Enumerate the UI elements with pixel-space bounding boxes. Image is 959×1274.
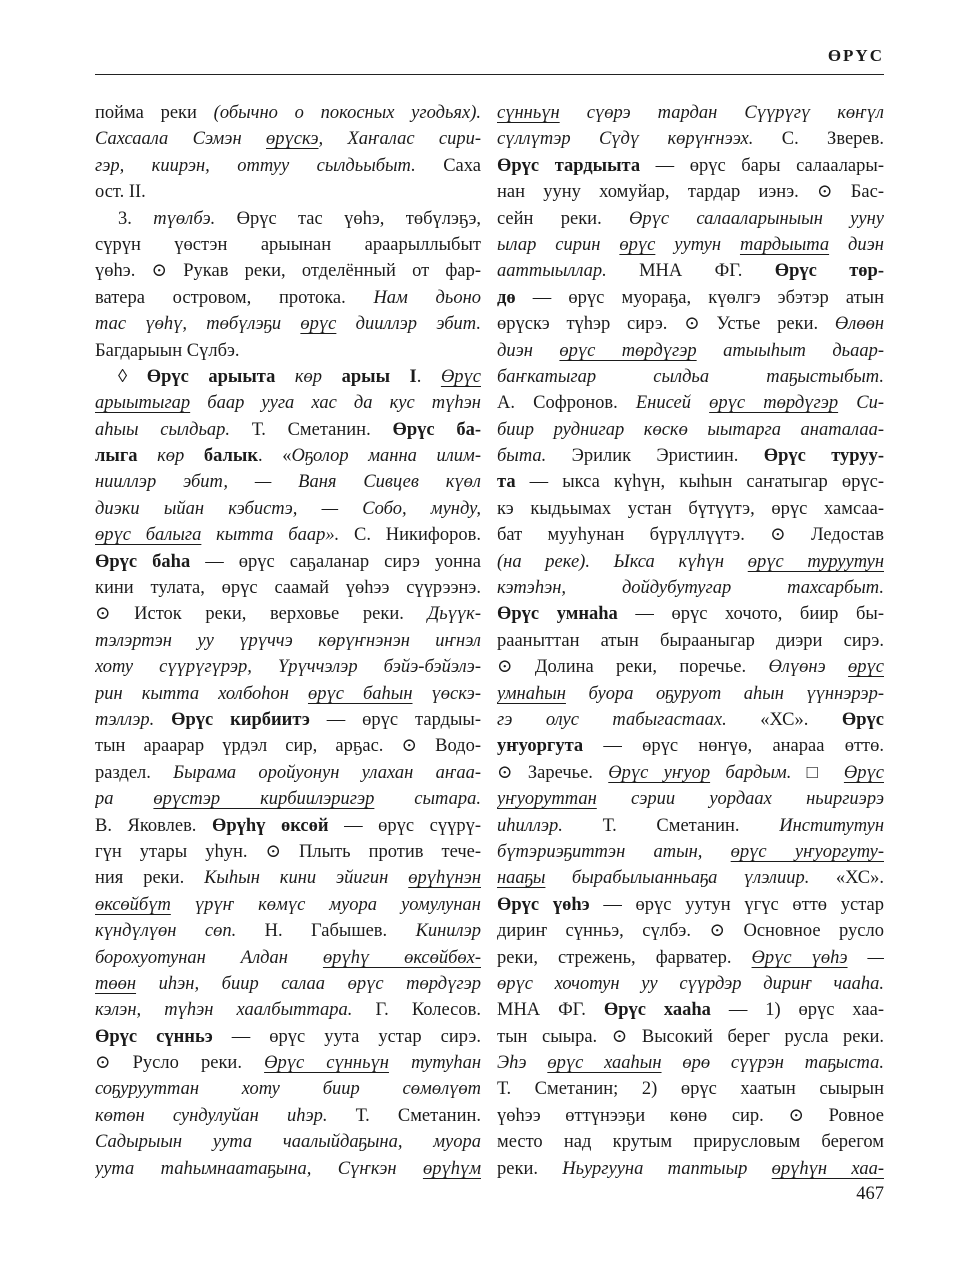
text-line: быта. Эрилик Эристиин. Өрүс туруу- <box>497 443 884 469</box>
text-line: ылар сирин өрүс уутун тардыыта диэн <box>497 232 884 258</box>
text-line: кэлэн, түһэн хаалбыттара. Г. Колесов. <box>95 997 481 1023</box>
text-line: борохуотунан Алдан өрүһү өксөйбөх- <box>95 945 481 971</box>
text-line: Өрүс үөһэ — өрүс уутун үгүс өттө устар <box>497 892 884 918</box>
text-line: кэ кыдьымах устан бүтүүтэ, өрүс хамсаа- <box>497 496 884 522</box>
text-line: дө — өрүс муораҕа, күөлгэ эбэтэр атын <box>497 285 884 311</box>
text-line: ааттыыллар. МНА ФГ. Өрүс төр- <box>497 258 884 284</box>
text-line: Өрүс сүнньэ — өрүс уута устар сирэ. <box>95 1024 481 1050</box>
text-line: нан ууну хомуйар, тардар иэнэ. ⊙ Бас- <box>497 179 884 205</box>
text-line: кини тулата, өрүс саамай үөһээ сүүрээнэ. <box>95 575 481 601</box>
text-line: үөһэ. ⊙ Рукав реки, отделённый от фар- <box>95 258 481 284</box>
text-line: бат мууһунан бүрүллүүтэ. ⊙ Ледостав <box>497 522 884 548</box>
text-line: тэлэртэн уу үрүччэ көрүҥнэнэн иҥнэл <box>95 628 481 654</box>
text-line: Багдарыын Сүлбэ. <box>95 338 481 364</box>
text-line: уҥуоргута — өрүс нөҥүө, анараа өттө. <box>497 733 884 759</box>
right-column: сүнньүн сүөрэ тардан Сүүрүгү көҥүлсүллүт… <box>497 100 884 1182</box>
text-line: Садырыын уута чаалыйдаҕына, муора <box>95 1129 481 1155</box>
text-line: ватера островом, протока. Нам дьоно <box>95 285 481 311</box>
text-line: реки. Ньургууна таптыыр өрүһүн хаа- <box>497 1156 884 1182</box>
text-line: көтөн сундулуйан иһэр. Т. Сметанин. <box>95 1103 481 1129</box>
text-line: ⊙ Долина реки, поречье. Өлүөнэ өрүс <box>497 654 884 680</box>
text-line: Т. Сметанин; 2) өрүс хаатын сыырын <box>497 1076 884 1102</box>
text-line: место над крутым прирусловым берегом <box>497 1129 884 1155</box>
text-line: ра өрүстэр кирбиилэригэр сытара. <box>95 786 481 812</box>
text-line: 3. түөлбэ. Өрүс тас үөһэ, төбүлэҕэ, <box>95 206 481 232</box>
text-line: уута таһымнаатаҕына, Сүҥкэн өрүһүм <box>95 1156 481 1182</box>
text-line: В. Яковлев. Өрүһү өксөй — өрүс сүүрү- <box>95 813 481 839</box>
text-line: реки, стрежень, фарватер. Өрүс үөһэ — <box>497 945 884 971</box>
text-line: баҥкатыгар сылдьа таҕыстыбыт. <box>497 364 884 390</box>
text-line: Эһэ өрүс хааһын өрө сүүрэн таҕыста. <box>497 1050 884 1076</box>
text-line: А. Софронов. Енисей өрүс төрдүгэр Си- <box>497 390 884 416</box>
text-line: тэллэр. Өрүс кирбиитэ — өрүс тардыы- <box>95 707 481 733</box>
text-line: иһиллэр. Т. Сметанин. Институтун <box>497 813 884 839</box>
text-line: тын сыыра. ⊙ Высокий берег русла реки. <box>497 1024 884 1050</box>
text-line: үөһээ өттүнээҕи көнө сир. ⊙ Ровное <box>497 1103 884 1129</box>
page-title: ӨРҮС <box>828 46 884 65</box>
text-line: ⊙ Русло реки. Өрүс сүнньүн тутуһан <box>95 1050 481 1076</box>
text-line: өрүскэ түһэр сирэ. ⊙ Устье реки. Өлөөн <box>497 311 884 337</box>
text-line: бүтэриэҕиттэн атын, өрүс уҥуоргуту- <box>497 839 884 865</box>
text-line: МНА ФГ. Өрүс хааһа — 1) өрүс хаа- <box>497 997 884 1023</box>
text-line: соҕурууттан хоту биир сөмөлүөт <box>95 1076 481 1102</box>
text-line: диэн өрүс төрдүгэр атыыһыт дьаар- <box>497 338 884 364</box>
text-line: сүллүтэр Сүдү көрүҥнээх. С. Зверев. <box>497 126 884 152</box>
text-line: сейн реки. Өрүс салааларыныын ууну <box>497 206 884 232</box>
dictionary-page: ӨРҮС пойма реки (обычно о покосных угодь… <box>0 0 959 1274</box>
text-line: өрүс балыга кытта баар». С. Никифоров. <box>95 522 481 548</box>
text-line: аһыы сылдьар. Т. Сметанин. Өрүс ба- <box>95 417 481 443</box>
header-rule <box>95 74 884 75</box>
text-line: гэр, киирэн, оттуу сылдьыбыт. Саха <box>95 153 481 179</box>
text-line: арыытыгар баар ууга хас да кус түһэн <box>95 390 481 416</box>
text-line: ⊙ Исток реки, верховье реки. Дьүүк- <box>95 601 481 627</box>
text-line: тын араарар үрдэл сир, арҕас. ⊙ Водо- <box>95 733 481 759</box>
text-line: Өрүс умнаһа — өрүс хочото, биир бы- <box>497 601 884 627</box>
text-line: ◊ Өрүс арыыта көр арыы I. Өрүс <box>95 364 481 390</box>
text-line: нииллэр эбит, — Ваня Сивцев күөл <box>95 469 481 495</box>
text-line: дириҥ сүнньэ, сүлбэ. ⊙ Основное русло <box>497 918 884 944</box>
text-line: пойма реки (обычно о покосных угодьях). <box>95 100 481 126</box>
text-line: гэ олус табыгастаах. «ХС». Өрүс <box>497 707 884 733</box>
text-line: диэки ыйан кэбистэ, — Собо, мунду, <box>95 496 481 522</box>
text-line: хоту сүүрүгүрэр, Үрүччэлэр бэйэ-бэйэлэ- <box>95 654 481 680</box>
running-head: ӨРҮС <box>95 46 884 66</box>
text-line: өрүс хочотун уу сүүрдэр дириҥ чааһа. <box>497 971 884 997</box>
text-line: төөн иһэн, биир салаа өрүс төрдүгэр <box>95 971 481 997</box>
text-line: ния реки. Кыһын кини эйигин өрүһүнэн <box>95 865 481 891</box>
text-line: уҥуоруттан сэрии уордаах ньиргиэрэ <box>497 786 884 812</box>
text-line: Өрүс тардыыта — өрүс бары салаалары- <box>497 153 884 179</box>
text-line: сүрүн үөстэн арыынан араарыллыбыт <box>95 232 481 258</box>
text-line: күндүлүөн сөп. Н. Габышев. Кинилэр <box>95 918 481 944</box>
text-line: гүн утары уһун. ⊙ Плыть против тече- <box>95 839 481 865</box>
text-line: Өрүс баһа — өрүс саҕаланар сирэ уонна <box>95 549 481 575</box>
text-line: нааҕы бырабылыанньаҕа үлэлиир. «ХС». <box>497 865 884 891</box>
text-line: (на реке). Ыкса күһүн өрүс туруутун <box>497 549 884 575</box>
text-line: сүнньүн сүөрэ тардан Сүүрүгү көҥүл <box>497 100 884 126</box>
text-line: тас үөһү, төбүлэҕи өрүс дииллэр эбит. <box>95 311 481 337</box>
text-line: Сахсаала Сэмэн өрүскэ, Хаҥалас сири- <box>95 126 481 152</box>
text-line: өксөйбүт үрүҥ көмүс муора уомулунан <box>95 892 481 918</box>
text-line: рааныттан атын бырааныгар диэри сирэ. <box>497 628 884 654</box>
text-line: рин кытта холбоһон өрүс баһын үөскэ- <box>95 681 481 707</box>
text-line: кэтэһэн, дойдубутугар тахсарбыт. <box>497 575 884 601</box>
text-line: биир руднигар көскө ыытарга анаталаа- <box>497 417 884 443</box>
page-number: 467 <box>497 1184 884 1205</box>
text-line: лыга көр балык. «Оҕолор манна илим- <box>95 443 481 469</box>
text-line: раздел. Бырама оройуонун улахан аҥаа- <box>95 760 481 786</box>
text-line: ост. II. <box>95 179 481 205</box>
text-line: та — ыкса күһүн, кыһын саҥатыгар өрүс- <box>497 469 884 495</box>
left-column: пойма реки (обычно о покосных угодьях).С… <box>95 100 481 1182</box>
text-line: ⊙ Заречье. Өрүс уҥуор бардым. □ Өрүс <box>497 760 884 786</box>
text-line: умнаһын буора оҕуруот аһын үүннэрэр- <box>497 681 884 707</box>
